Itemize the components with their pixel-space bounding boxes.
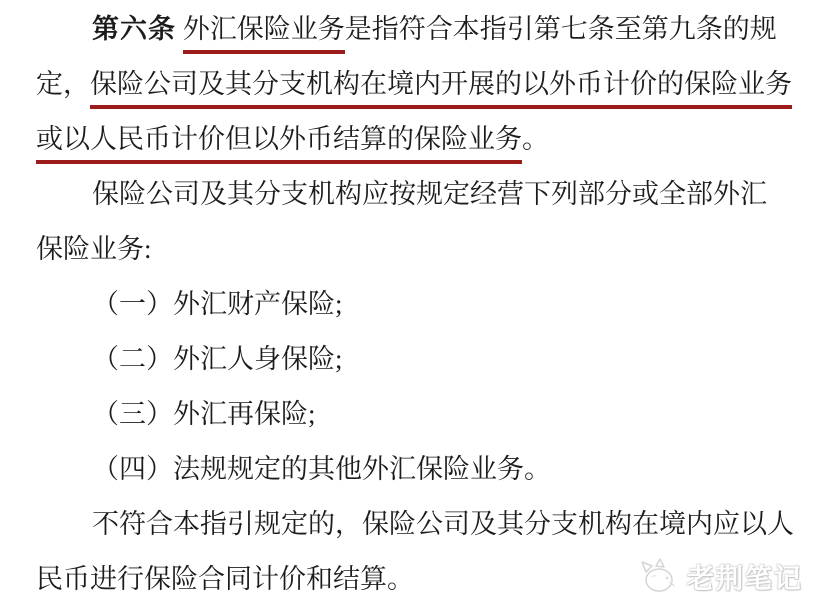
text-line: （三）外汇再保险; (36, 387, 797, 442)
text-segment: 民币进行保险合同计价和结算。 (36, 564, 414, 594)
text-segment (176, 14, 183, 44)
mascot-face-icon (640, 558, 682, 596)
text-segment: （三）外汇再保险; (92, 399, 316, 429)
document-body: 第六条 外汇保险业务是指符合本指引第七条至第九条的规定，保险公司及其分支机构在境… (36, 2, 797, 606)
text-segment: 第六条 (92, 14, 176, 44)
watermark-label: 老荆笔记 (687, 557, 803, 596)
text-line: 第六条 外汇保险业务是指符合本指引第七条至第九条的规 (36, 2, 797, 57)
text-segment: 不符合本指引规定的，保险公司及其分支机构在境内应以人 (92, 509, 794, 539)
text-line: （一）外汇财产保险; (36, 277, 797, 332)
text-segment: 保险业务: (36, 234, 152, 264)
text-line: （四）法规规定的其他外汇保险业务。 (36, 442, 797, 497)
underlined-text: 保险公司及其分支机构在境内开展的以外币计价的保险业务 (90, 69, 792, 109)
text-segment: （一）外汇财产保险; (92, 289, 343, 319)
document-page: 第六条 外汇保险业务是指符合本指引第七条至第九条的规定，保险公司及其分支机构在境… (0, 0, 817, 606)
text-line: 或以人民币计价但以外币结算的保险业务。 (36, 112, 797, 167)
text-segment: 。 (522, 124, 549, 154)
underlined-text: 外汇保险业务 (183, 14, 345, 54)
text-segment: 定， (36, 69, 90, 99)
text-segment: 是指符合本指引第七条至第九条的规 (345, 14, 777, 44)
underlined-text: 或以人民币计价但以外币结算的保险业务 (36, 124, 522, 164)
watermark: 老荆笔记 (640, 557, 803, 596)
text-segment: 保险公司及其分支机构应按规定经营下列部分或全部外汇 (92, 179, 767, 209)
text-line: 定，保险公司及其分支机构在境内开展的以外币计价的保险业务 (36, 57, 797, 112)
text-segment: （二）外汇人身保险; (92, 344, 343, 374)
text-line: （二）外汇人身保险; (36, 332, 797, 387)
text-line: 保险公司及其分支机构应按规定经营下列部分或全部外汇 (36, 167, 797, 222)
text-line: 不符合本指引规定的，保险公司及其分支机构在境内应以人 (36, 497, 797, 552)
text-segment: （四）法规规定的其他外汇保险业务。 (92, 454, 551, 484)
text-line: 保险业务: (36, 222, 797, 277)
